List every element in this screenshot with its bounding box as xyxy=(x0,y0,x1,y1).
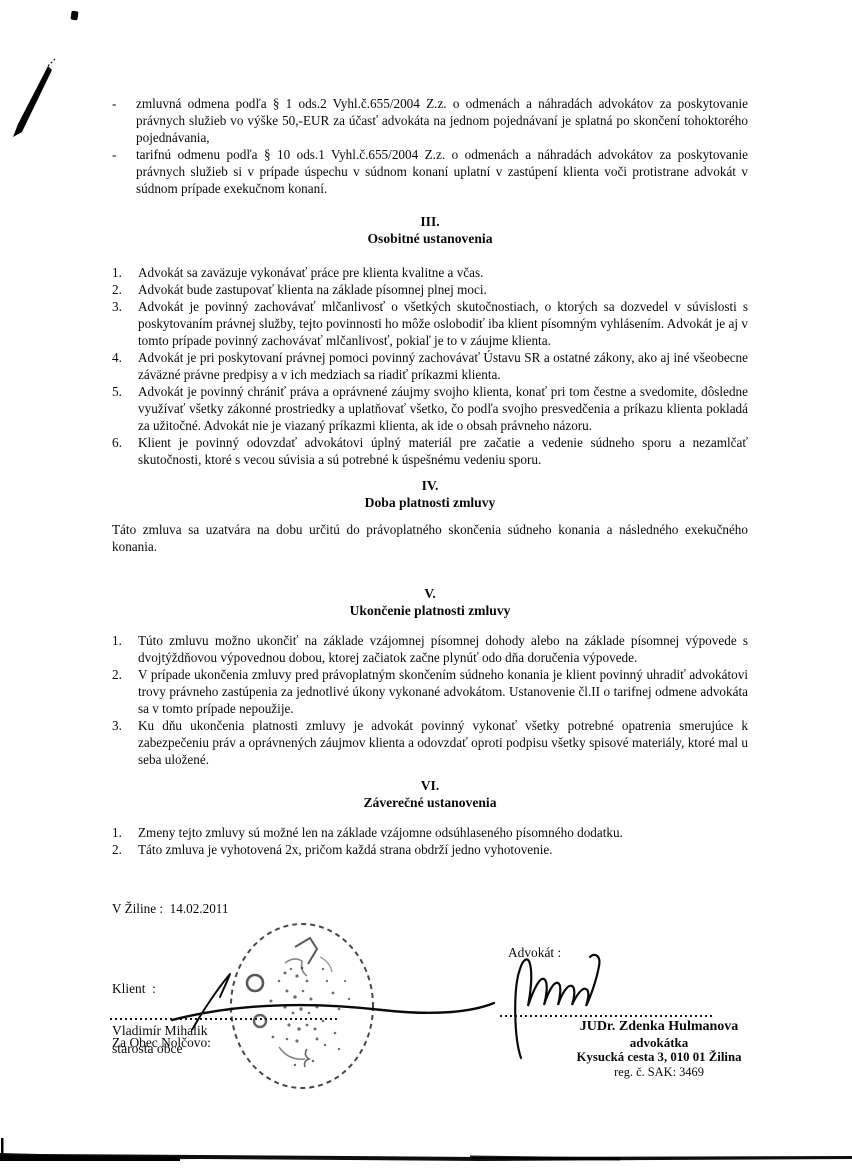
item-text: Advokát bude zastupovať klienta na zákla… xyxy=(138,281,748,298)
client-role: starosta obce xyxy=(112,1040,208,1058)
bullet-text: zmluvná odmena podľa § 1 ods.2 Vyhl.č.65… xyxy=(136,95,748,146)
scan-edge-artifact xyxy=(0,1132,852,1170)
item-number: 1. xyxy=(112,824,138,841)
advocate-address: Kysucká cesta 3, 010 01 Žilina xyxy=(528,1050,790,1065)
list-item: 4. Advokát je pri poskytovaní právnej po… xyxy=(112,349,748,383)
item-text: Advokát je povinný chrániť práva a opráv… xyxy=(138,383,748,434)
list-item: 1. Zmeny tejto zmluvy sú možné len na zá… xyxy=(112,824,748,841)
client-signature xyxy=(130,950,505,1030)
item-number: 1. xyxy=(112,264,138,281)
bullet-marker: - xyxy=(112,95,136,146)
list-item: 1. Advokát sa zaväzuje vykonávať práce p… xyxy=(112,264,748,281)
document-body: - zmluvná odmena podľa § 1 ods.2 Vyhl.č.… xyxy=(112,95,748,917)
advocate-role: advokátka xyxy=(528,1035,790,1050)
section-heading-iii: III. Osobitné ustanovenia xyxy=(112,213,748,247)
section-heading-vi: VI. Záverečné ustanovenia xyxy=(112,777,748,811)
list-item: 2. Advokát bude zastupovať klienta na zá… xyxy=(112,281,748,298)
bullet-text: tarifnú odmenu podľa § 10 ods.1 Vyhl.č.6… xyxy=(136,146,748,197)
item-number: 3. xyxy=(112,717,138,768)
item-text: Ku dňu ukončenia platnosti zmluvy je adv… xyxy=(138,717,748,768)
item-number: 4. xyxy=(112,349,138,383)
item-text: Táto zmluva je vyhotovená 2x, pričom kaž… xyxy=(138,841,748,858)
section-number: VI. xyxy=(112,777,748,794)
item-number: 6. xyxy=(112,434,138,468)
item-text: Zmeny tejto zmluvy sú možné len na zákla… xyxy=(138,824,748,841)
client-name-block: Vladimír Mihalik starosta obce xyxy=(112,1022,208,1058)
list-item: 1. Túto zmluvu možno ukončiť na základe … xyxy=(112,632,748,666)
client-name: Vladimír Mihalik xyxy=(112,1022,208,1040)
bullet-marker: - xyxy=(112,146,136,197)
section-iii-list: 1. Advokát sa zaväzuje vykonávať práce p… xyxy=(112,264,748,468)
section-v-list: 1. Túto zmluvu možno ukončiť na základe … xyxy=(112,632,748,768)
section-number: V. xyxy=(112,585,748,602)
item-text: Advokát sa zaväzuje vykonávať práce pre … xyxy=(138,264,748,281)
advocate-name: JUDr. Zdenka Hulmanova xyxy=(528,1019,790,1035)
section-heading-v: V. Ukončenie platnosti zmluvy xyxy=(112,585,748,619)
item-number: 2. xyxy=(112,281,138,298)
section-title: Záverečné ustanovenia xyxy=(112,794,748,811)
item-number: 3. xyxy=(112,298,138,349)
advocate-signature-line xyxy=(500,1015,713,1017)
item-text: Advokát je povinný zachovávať mlčanlivos… xyxy=(138,298,748,349)
list-item: 6. Klient je povinný odovzdať advokátovi… xyxy=(112,434,748,468)
section-title: Ukončenie platnosti zmluvy xyxy=(112,602,748,619)
section-title: Doba platnosti zmluvy xyxy=(112,494,748,511)
section-number: III. xyxy=(112,213,748,230)
item-text: V prípade ukončenia zmluvy pred právopla… xyxy=(138,666,748,717)
item-text: Klient je povinný odovzdať advokátovi úp… xyxy=(138,434,748,468)
section-vi-list: 1. Zmeny tejto zmluvy sú možné len na zá… xyxy=(112,824,748,858)
advocate-registration: reg. č. SAK: 3469 xyxy=(528,1065,790,1080)
item-text: Advokát je pri poskytovaní právnej pomoc… xyxy=(138,349,748,383)
intro-bullet-list: - zmluvná odmena podľa § 1 ods.2 Vyhl.č.… xyxy=(112,95,748,197)
item-number: 2. xyxy=(112,841,138,858)
item-number: 1. xyxy=(112,632,138,666)
item-text: Túto zmluvu možno ukončiť na základe vzá… xyxy=(138,632,748,666)
scanned-contract-page: - zmluvná odmena podľa § 1 ods.2 Vyhl.č.… xyxy=(0,0,852,1170)
item-number: 5. xyxy=(112,383,138,434)
bullet-item: - tarifnú odmenu podľa § 10 ods.1 Vyhl.č… xyxy=(112,146,748,197)
date-line: V Žiline : 14.02.2011 xyxy=(112,900,748,917)
section-iv-paragraph: Táto zmluva sa uzatvára na dobu určitú d… xyxy=(112,521,748,555)
section-title: Osobitné ustanovenia xyxy=(112,230,748,247)
list-item: 2. Táto zmluva je vyhotovená 2x, pričom … xyxy=(112,841,748,858)
section-heading-iv: IV. Doba platnosti zmluvy xyxy=(112,477,748,511)
advocate-stamp-block: JUDr. Zdenka Hulmanova advokátka Kysucká… xyxy=(528,1019,790,1080)
pen-stroke-artifact xyxy=(8,58,58,143)
list-item: 3. Advokát je povinný zachovávať mlčanli… xyxy=(112,298,748,349)
bullet-item: - zmluvná odmena podľa § 1 ods.2 Vyhl.č.… xyxy=(112,95,748,146)
list-item: 2. V prípade ukončenia zmluvy pred právo… xyxy=(112,666,748,717)
ink-speck xyxy=(70,11,78,21)
list-item: 3. Ku dňu ukončenia platnosti zmluvy je … xyxy=(112,717,748,768)
list-item: 5. Advokát je povinný chrániť práva a op… xyxy=(112,383,748,434)
item-number: 2. xyxy=(112,666,138,717)
section-number: IV. xyxy=(112,477,748,494)
